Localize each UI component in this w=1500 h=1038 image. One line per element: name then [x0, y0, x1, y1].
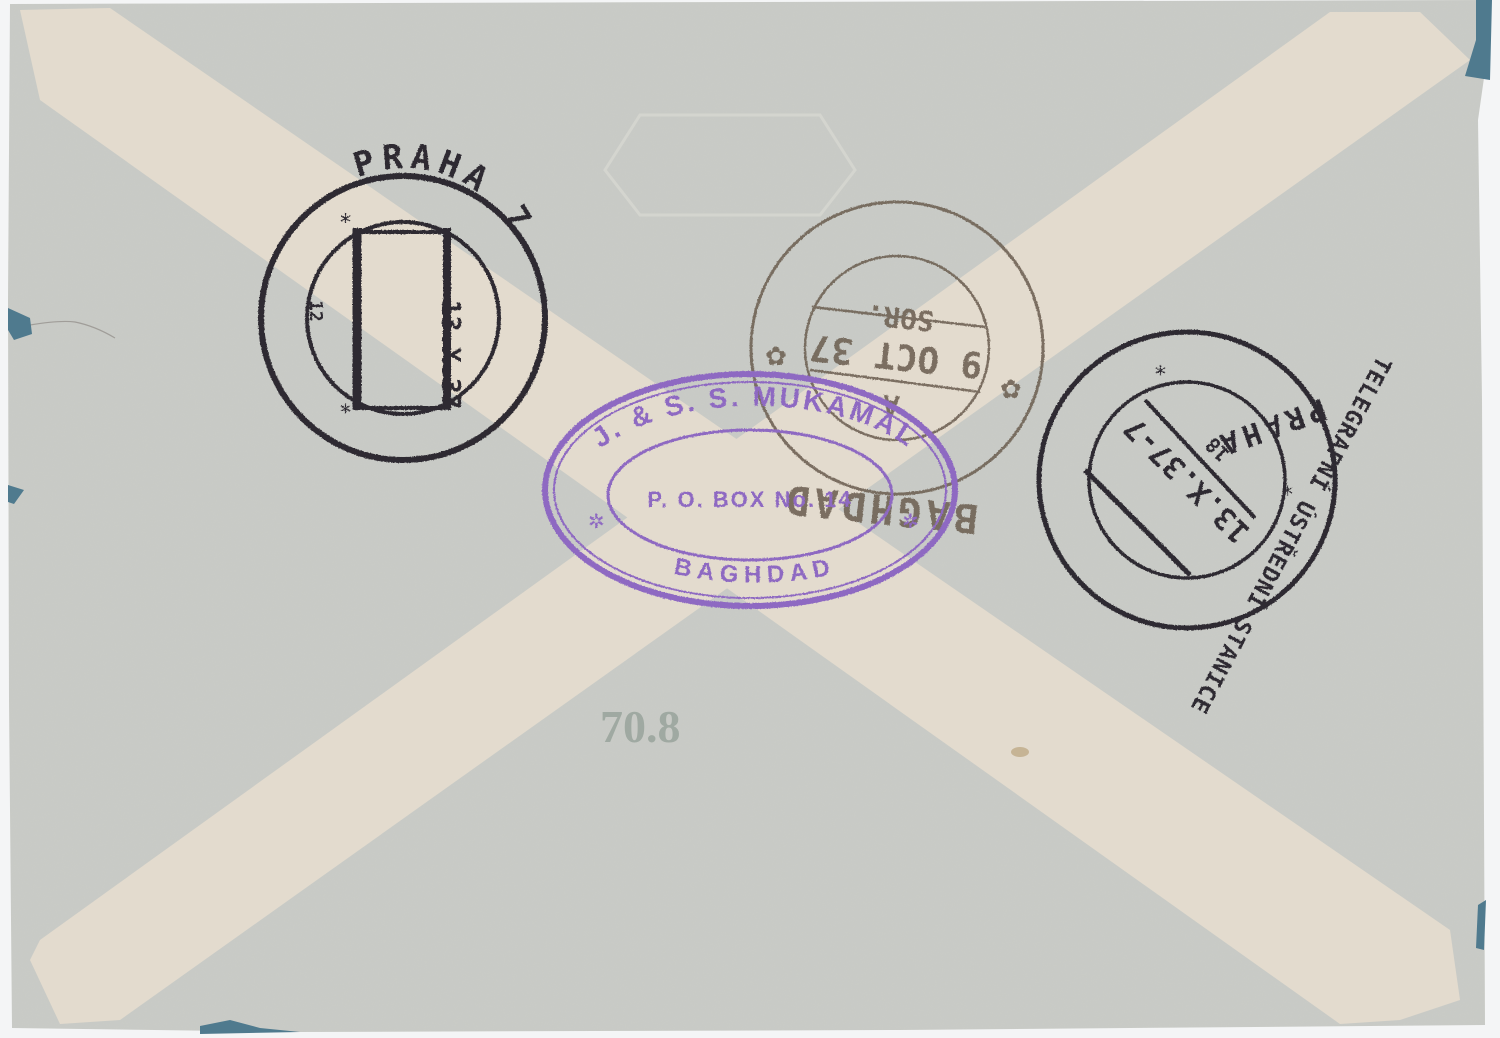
star-icon: * [340, 211, 351, 236]
postmark-date: 13.X.37 [435, 300, 465, 410]
flower-icon: ✿ [765, 342, 787, 372]
flower-icon: ✿ [1000, 375, 1022, 405]
postmark-side-number: 12 [305, 300, 326, 322]
envelope-back-scene: 70.8 PRAHA 7 13.X.37 12 * * BAGHDAD SOR.… [0, 0, 1500, 1038]
paper-stain [1011, 747, 1029, 757]
star-icon: * [1155, 363, 1166, 388]
pencil-note: 70.8 [600, 701, 681, 752]
star-icon: ✲ [902, 509, 919, 533]
star-icon: * [340, 401, 351, 426]
star-icon: * [1282, 483, 1293, 508]
handstamp-box: P. O. BOX No. 14 [647, 487, 852, 512]
star-icon: ✲ [588, 509, 605, 533]
postmark-sub: SOR. [865, 298, 936, 338]
